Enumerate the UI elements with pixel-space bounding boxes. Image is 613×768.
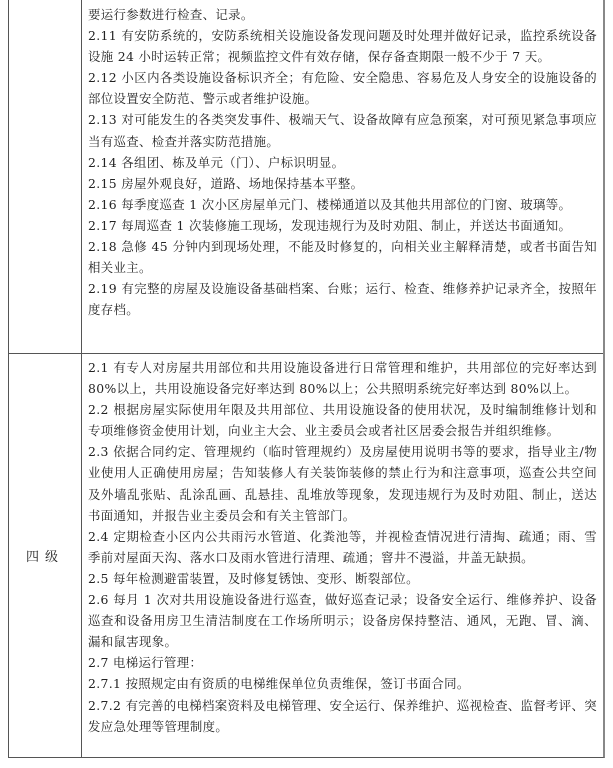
requirement-item: 2.6 每月 1 次对共用设施设备进行巡查，做好巡查记录；设备安全运行、维修养护… bbox=[88, 589, 597, 652]
requirement-item: 2.7 电梯运行管理： bbox=[88, 652, 597, 673]
requirement-item: 2.17 每周巡查 1 次装修施工现场，发现违规行为及时劝阻、制止，并送达书面通… bbox=[88, 215, 597, 236]
requirement-item: 2.1 有专人对房屋共用部位和共用设施设备进行日常管理和维护，共用部位的完好率达… bbox=[88, 357, 597, 399]
requirement-item: 2.13 对可能发生的各类突发事件、极端天气、设备故障有应急预案，对可预见紧急事… bbox=[88, 109, 597, 151]
requirement-item: 2.12 小区内各类设施设备标识齐全；有危险、安全隐患、容易危及人身安全的设施设… bbox=[88, 67, 597, 109]
requirement-item: 要运行参数进行检查、记录。 bbox=[88, 4, 597, 25]
requirement-item: 2.5 每年检测避雷装置，及时修复锈蚀、变形、断裂部位。 bbox=[88, 568, 597, 589]
requirement-item: 2.7.1 按照规定由有资质的电梯维保单位负责维保，签订书面合同。 bbox=[88, 673, 597, 694]
requirement-item: 2.19 有完整的房屋及设施设备基础档案、台账；运行、检查、维修养护记录齐全，按… bbox=[88, 278, 597, 320]
standards-table: 要运行参数进行检查、记录。 2.11 有安防系统的，安防系统相关设施设备发现问题… bbox=[8, 0, 605, 758]
requirement-item: 2.3 依据合同约定、管理规约（临时管理规约）及房屋使用说明书等的要求，指导业主… bbox=[88, 441, 597, 525]
requirement-item: 2.7.2 有完善的电梯档案资料及电梯管理、安全运行、保养维护、巡视检查、监督考… bbox=[88, 695, 597, 737]
requirement-item: 2.18 急修 45 分钟内到现场处理，不能及时修复的，向相关业主解释清楚，或者… bbox=[88, 236, 597, 278]
table-row: 要运行参数进行检查、记录。 2.11 有安防系统的，安防系统相关设施设备发现问题… bbox=[9, 0, 603, 354]
requirements-cell: 2.1 有专人对房屋共用部位和共用设施设备进行日常管理和维护，共用部位的完好率达… bbox=[82, 353, 603, 757]
requirement-item: 2.2 根据房屋实际使用年限及共用部位、共用设施设备的使用状况，及时编制维修计划… bbox=[88, 399, 597, 441]
requirement-item: 2.14 各组团、栋及单元（门）、户标识明显。 bbox=[88, 152, 597, 173]
requirement-item: 2.15 房屋外观良好，道路、场地保持基本平整。 bbox=[88, 173, 597, 194]
requirement-item: 2.11 有安防系统的，安防系统相关设施设备发现问题及时处理并做好记录，监控系统… bbox=[88, 25, 597, 67]
level-cell bbox=[9, 0, 82, 353]
requirements-cell: 要运行参数进行检查、记录。 2.11 有安防系统的，安防系统相关设施设备发现问题… bbox=[82, 0, 603, 353]
requirement-item: 2.16 每季度巡查 1 次小区房屋单元门、楼梯通道以及其他共用部位的门窗、玻璃… bbox=[88, 194, 597, 215]
requirement-item: 2.4 定期检查小区内公共雨污水管道、化粪池等，并视检查情况进行清掏、疏通；雨、… bbox=[88, 526, 597, 568]
table-row: 四级 2.1 有专人对房屋共用部位和共用设施设备进行日常管理和维护，共用部位的完… bbox=[9, 353, 603, 757]
level-cell: 四级 bbox=[9, 353, 82, 757]
